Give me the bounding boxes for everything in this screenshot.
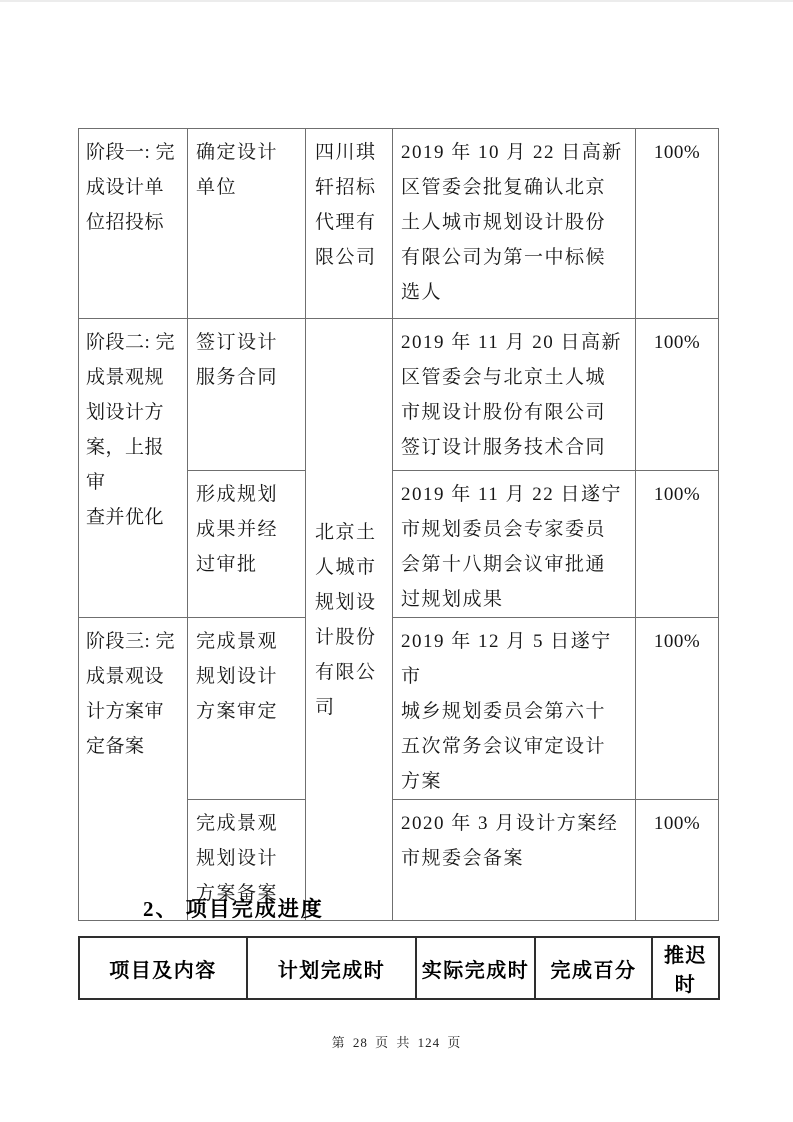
stage-3-cell: 阶段三: 完 成景观设 计方案审 定备案 bbox=[79, 618, 188, 921]
result-cell: 2020 年 3 月设计方案经 市规委会备案 bbox=[393, 800, 636, 921]
window-top-edge bbox=[0, 0, 793, 2]
stage-1-cell: 阶段一: 完 成设计单 位招投标 bbox=[79, 129, 188, 319]
task-cell: 签订设计 服务合同 bbox=[188, 319, 306, 471]
result-cell: 2019 年 12 月 5 日遂宁市 城乡规划委员会第六十 五次常务会议审定设计… bbox=[393, 618, 636, 800]
agency-cell: 北京土 人城市 规划设 计股份 有限公 司 bbox=[306, 319, 393, 921]
completion-schedule-table: 项目及内容 计划完成时 实际完成时 完成百分 推迟时 bbox=[78, 936, 720, 1000]
percent-cell: 100% bbox=[636, 618, 719, 800]
col-header-delay: 推迟时 bbox=[652, 937, 719, 999]
result-cell: 2019 年 11 月 22 日遂宁 市规划委员会专家委员 会第十八期会议审批通… bbox=[393, 471, 636, 618]
stage-2-cell: 阶段二: 完 成景观规 划设计方 案，上报审 查并优化 bbox=[79, 319, 188, 618]
col-header-actual-completion: 实际完成时 bbox=[416, 937, 535, 999]
table-row: 阶段一: 完 成设计单 位招投标 确定设计 单位 四川琪 轩招标 代理有 限公司… bbox=[79, 129, 719, 319]
task-cell: 确定设计 单位 bbox=[188, 129, 306, 319]
percent-cell: 100% bbox=[636, 129, 719, 319]
table-row: 阶段二: 完 成景观规 划设计方 案，上报审 查并优化 签订设计 服务合同 北京… bbox=[79, 319, 719, 471]
col-header-percent-complete: 完成百分 bbox=[535, 937, 652, 999]
stage-progress-table: 阶段一: 完 成设计单 位招投标 确定设计 单位 四川琪 轩招标 代理有 限公司… bbox=[78, 128, 719, 921]
percent-cell: 100% bbox=[636, 800, 719, 921]
result-cell: 2019 年 11 月 20 日高新 区管委会与北京土人城 市规设计股份有限公司… bbox=[393, 319, 636, 471]
task-cell: 形成规划 成果并经 过审批 bbox=[188, 471, 306, 618]
col-header-planned-completion: 计划完成时 bbox=[247, 937, 416, 999]
result-cell: 2019 年 10 月 22 日高新 区管委会批复确认北京 土人城市规划设计股份… bbox=[393, 129, 636, 319]
document-page: 阶段一: 完 成设计单 位招投标 确定设计 单位 四川琪 轩招标 代理有 限公司… bbox=[0, 0, 793, 1122]
col-header-project-content: 项目及内容 bbox=[79, 937, 247, 999]
table-row: 阶段三: 完 成景观设 计方案审 定备案 完成景观 规划设计 方案审定 2019… bbox=[79, 618, 719, 800]
section-heading: 2、 项目完成进度 bbox=[143, 893, 324, 923]
table-header-row: 项目及内容 计划完成时 实际完成时 完成百分 推迟时 bbox=[79, 937, 719, 999]
page-number: 第 28 页 共 124 页 bbox=[0, 1032, 793, 1051]
task-cell: 完成景观 规划设计 方案审定 bbox=[188, 618, 306, 800]
agency-cell: 四川琪 轩招标 代理有 限公司 bbox=[306, 129, 393, 319]
percent-cell: 100% bbox=[636, 471, 719, 618]
percent-cell: 100% bbox=[636, 319, 719, 471]
